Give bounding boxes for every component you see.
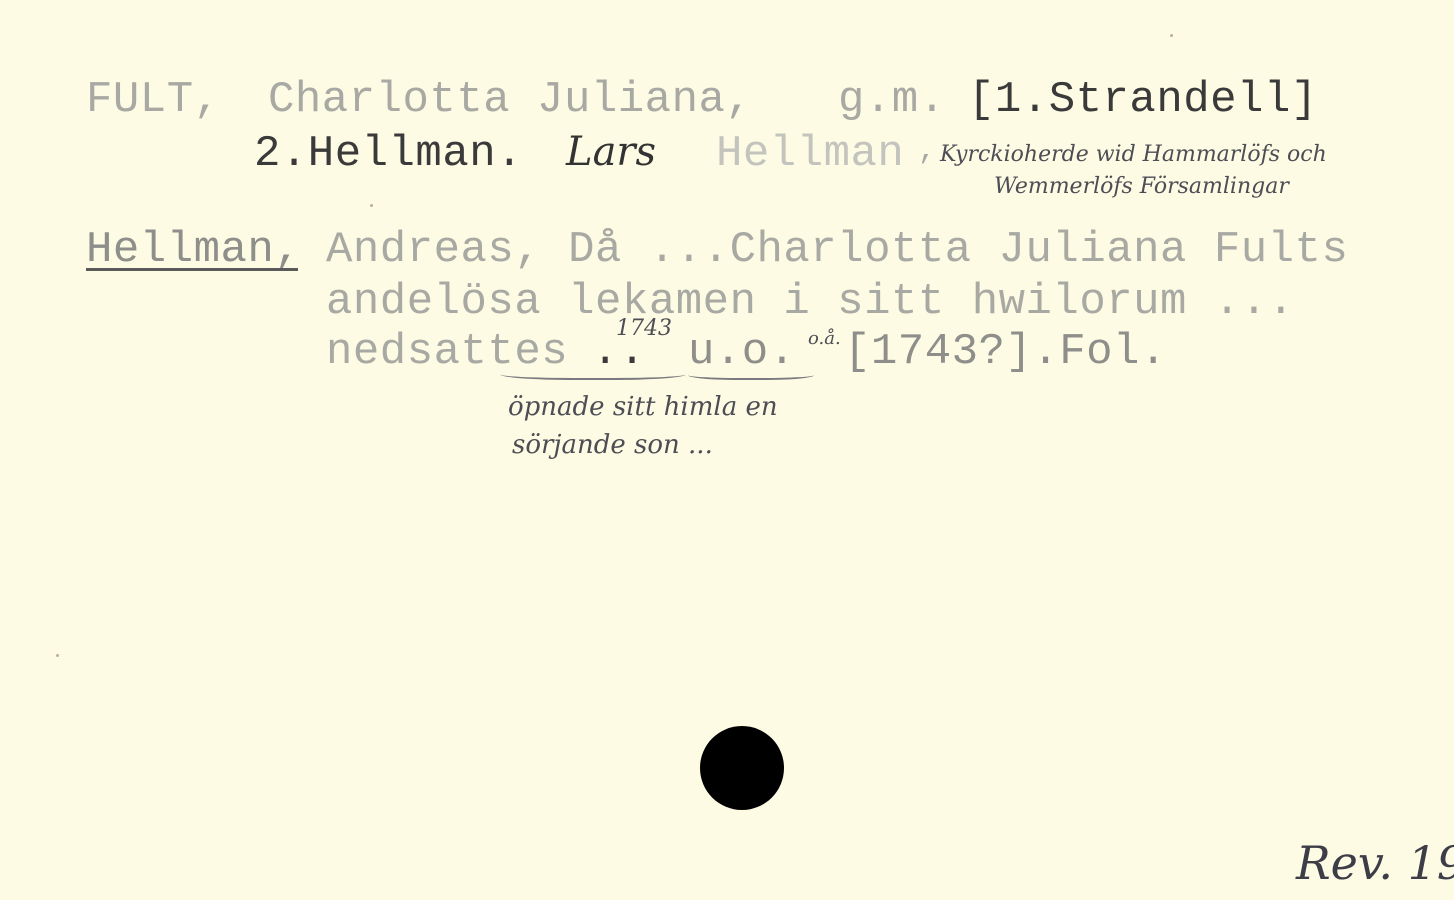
entry-title-line2: andelösa lekamen i sitt hwilorum ...: [326, 280, 1295, 324]
pencil-bracket-left: [500, 366, 686, 380]
catalog-card: FULT, Charlotta Juliana, g.m. [1.Strande…: [0, 0, 1454, 900]
handwritten-year: 1743: [616, 318, 672, 340]
entry-title-line1: Andreas, Då ...Charlotta Juliana Fults: [326, 228, 1348, 272]
revision-note: Rev. 19/10: [1296, 840, 1454, 886]
punch-hole: [700, 726, 784, 810]
faint-surname: Hellman: [716, 132, 904, 176]
spouse-given-name-handwritten: Lars: [566, 132, 656, 172]
second-spouse: 2.Hellman.: [254, 132, 523, 176]
date-format: [1743?].Fol.: [844, 330, 1167, 374]
first-spouse-insert: [1.Strandell]: [968, 78, 1318, 122]
comma: ,: [918, 136, 937, 166]
handwritten-annotation-line2: Wemmerlöfs Församlingar: [994, 176, 1289, 198]
author-underline: [86, 268, 298, 271]
pencil-bracket-right: [688, 368, 814, 380]
paper-speck: [370, 204, 373, 207]
heading-given-names: Charlotta Juliana,: [268, 78, 752, 122]
handwritten-quote-line1: öpnade sitt himla en: [508, 394, 778, 420]
paper-speck: [1170, 34, 1173, 37]
no-year-abbrev: o.å.: [808, 330, 841, 348]
handwritten-annotation-line1: Kyrckioherde wid Hammarlöfs och: [940, 144, 1327, 166]
paper-speck: [56, 654, 59, 657]
entry-author: Hellman,: [86, 228, 301, 272]
handwritten-quote-line2: sörjande son ...: [512, 432, 713, 458]
married-to-label: g.m.: [838, 78, 946, 122]
heading-surname: FULT,: [86, 78, 221, 122]
